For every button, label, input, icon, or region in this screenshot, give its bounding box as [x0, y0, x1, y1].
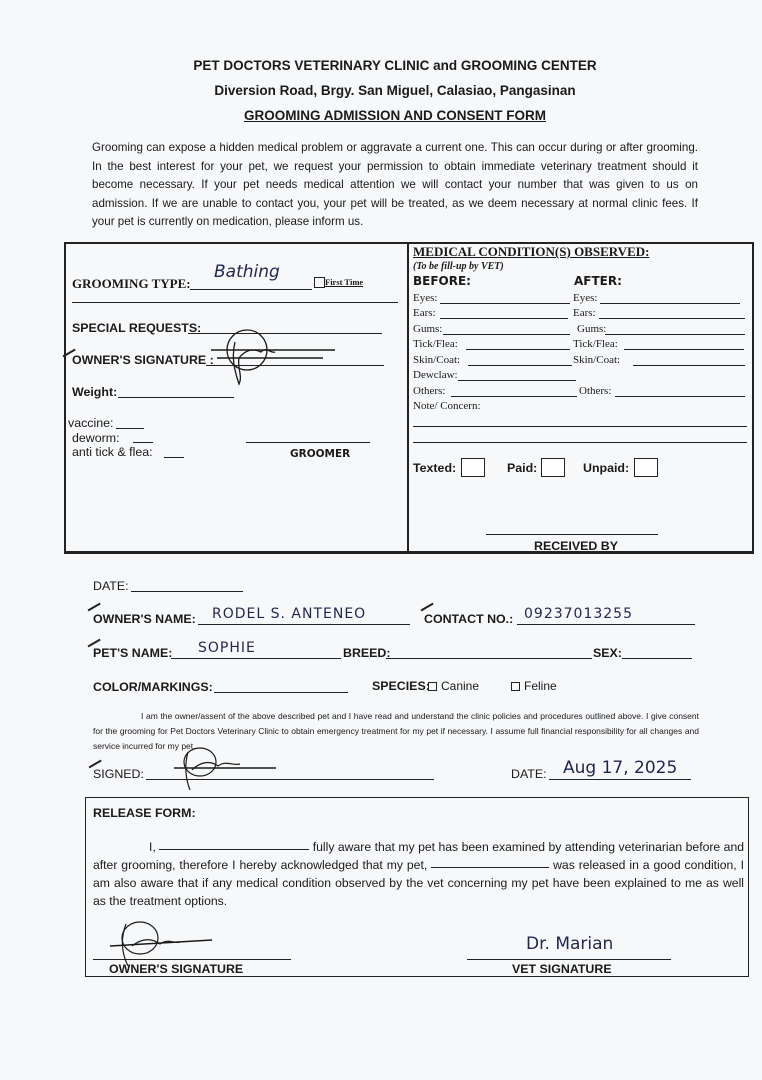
- after-field-label: Skin/Coat:: [573, 354, 620, 366]
- special-requests-label: SPECIAL REQUESTS:: [72, 321, 201, 335]
- after-field-label: Tick/Flea:: [573, 338, 618, 350]
- groomer-label: GROOMER: [290, 448, 350, 460]
- weight-label: Weight:: [72, 385, 117, 399]
- before-field-input[interactable]: [440, 303, 570, 304]
- after-heading: AFTER:: [574, 274, 622, 288]
- before-field-label: Others:: [413, 385, 445, 397]
- weight-field[interactable]: [118, 397, 234, 398]
- after-field-label: Gums:: [577, 323, 606, 335]
- before-field-label: Tick/Flea:: [413, 338, 458, 350]
- after-field-input[interactable]: [633, 365, 745, 366]
- pet-name-value: SOPHIE: [198, 640, 256, 656]
- owner-signature-icon: [205, 328, 340, 388]
- groomer-signature-field[interactable]: [246, 442, 370, 443]
- box-divider: [407, 243, 409, 553]
- contact-field[interactable]: [517, 624, 695, 625]
- before-field-label: Skin/Coat:: [413, 354, 460, 366]
- after-field-input[interactable]: [605, 334, 745, 335]
- anti-tick-field[interactable]: [164, 457, 184, 458]
- pet-name-field[interactable]: [171, 658, 341, 659]
- grooming-type-value: Bathing: [214, 262, 280, 282]
- note-label: Note/ Concern:: [413, 400, 481, 412]
- after-field-input[interactable]: [615, 396, 745, 397]
- grooming-type-label: GROOMING TYPE:: [72, 276, 191, 292]
- after-field-label: Ears:: [573, 307, 596, 319]
- species-canine-option[interactable]: Canine: [422, 679, 479, 693]
- received-by-field[interactable]: [486, 534, 658, 535]
- release-paragraph: I, fully aware that my pet has been exam…: [93, 838, 744, 910]
- note-line-2[interactable]: [413, 442, 747, 443]
- owner-name-field[interactable]: [198, 624, 410, 625]
- medical-subtitle: (To be fill-up by VET): [413, 261, 504, 272]
- after-field-label: Eyes:: [573, 292, 597, 304]
- contact-value: 09237013255: [524, 606, 633, 622]
- before-field-input[interactable]: [466, 349, 570, 350]
- first-time-checkbox[interactable]: [314, 277, 325, 288]
- date-label: DATE:: [93, 579, 129, 593]
- unpaid-checkbox[interactable]: [634, 458, 658, 477]
- after-field-label: Others:: [579, 385, 611, 397]
- before-field-input[interactable]: [458, 380, 576, 381]
- breed-field[interactable]: [386, 658, 592, 659]
- before-field-label: Ears:: [413, 307, 436, 319]
- deworm-label: deworm:: [72, 431, 120, 445]
- paid-label: Paid:: [507, 461, 537, 475]
- after-field-input[interactable]: [600, 303, 740, 304]
- before-field-input[interactable]: [451, 396, 577, 397]
- texted-label: Texted:: [413, 461, 456, 475]
- vet-signature-label: VET SIGNATURE: [512, 962, 612, 976]
- signed-signature-icon: [170, 744, 280, 794]
- after-field-input[interactable]: [624, 349, 744, 350]
- form-title: GROOMING ADMISSION AND CONSENT FORM: [0, 108, 762, 123]
- grooming-type-extra-line[interactable]: [72, 302, 398, 303]
- contact-label: CONTACT NO.:: [424, 612, 513, 626]
- received-by-label: RECEIVED BY: [534, 539, 618, 553]
- before-field-label: Eyes:: [413, 292, 437, 304]
- vaccine-field[interactable]: [116, 428, 144, 429]
- vaccine-label: vaccine:: [68, 416, 113, 430]
- after-field-input[interactable]: [599, 318, 745, 319]
- signed-label: SIGNED:: [93, 767, 144, 781]
- intro-paragraph: Grooming can expose a hidden medical pro…: [92, 139, 698, 232]
- before-field-input[interactable]: [443, 334, 570, 335]
- owner-name-label: OWNER'S NAME:: [93, 612, 196, 626]
- before-field-label: Gums:: [413, 323, 442, 335]
- release-title: RELEASE FORM:: [93, 806, 196, 820]
- note-line-1[interactable]: [413, 426, 747, 427]
- species-feline-option[interactable]: Feline: [505, 679, 557, 693]
- before-field-input[interactable]: [440, 318, 568, 319]
- release-owner-signature-label: OWNER'S SIGNATURE: [109, 962, 243, 976]
- release-owner-name-field[interactable]: [159, 849, 309, 850]
- breed-label: BREED:: [343, 646, 391, 660]
- grooming-type-field[interactable]: [190, 289, 312, 290]
- release-pet-name-field[interactable]: [431, 867, 549, 868]
- vet-signature-value: Dr. Marian: [526, 934, 613, 954]
- texted-checkbox[interactable]: [461, 458, 485, 477]
- canine-checkbox[interactable]: [428, 682, 437, 691]
- pet-name-label: PET'S NAME:: [93, 646, 172, 660]
- color-markings-field[interactable]: [214, 692, 348, 693]
- before-field-label: Dewclaw:: [413, 369, 458, 381]
- sex-field[interactable]: [622, 658, 692, 659]
- consent-date-label: DATE:: [511, 767, 547, 781]
- before-heading: BEFORE:: [413, 274, 471, 288]
- before-field-input[interactable]: [468, 365, 572, 366]
- deworm-field[interactable]: [133, 442, 153, 443]
- color-markings-label: COLOR/MARKINGS:: [93, 680, 213, 694]
- medical-title: MEDICAL CONDITION(S) OBSERVED:: [413, 244, 649, 260]
- owner-signature-label: OWNER'S SIGNATURE :: [72, 353, 214, 367]
- clinic-address: Diversion Road, Brgy. San Miguel, Calasi…: [0, 83, 762, 98]
- unpaid-label: Unpaid:: [583, 461, 629, 475]
- vet-signature-field[interactable]: [467, 959, 671, 960]
- date-field[interactable]: [131, 591, 243, 592]
- check-mark-icon: [88, 603, 101, 611]
- feline-checkbox[interactable]: [511, 682, 520, 691]
- clinic-name: PET DOCTORS VETERINARY CLINIC and GROOMI…: [0, 58, 762, 73]
- paid-checkbox[interactable]: [541, 458, 565, 477]
- first-time-label: First Time: [325, 277, 363, 287]
- consent-date-field[interactable]: [549, 779, 691, 780]
- consent-date-value: Aug 17, 2025: [563, 758, 677, 778]
- sex-label: SEX:: [593, 646, 622, 660]
- owner-name-value: RODEL S. ANTENEO: [212, 606, 366, 622]
- check-mark-icon: [421, 603, 434, 611]
- anti-tick-label: anti tick & flea:: [72, 445, 153, 459]
